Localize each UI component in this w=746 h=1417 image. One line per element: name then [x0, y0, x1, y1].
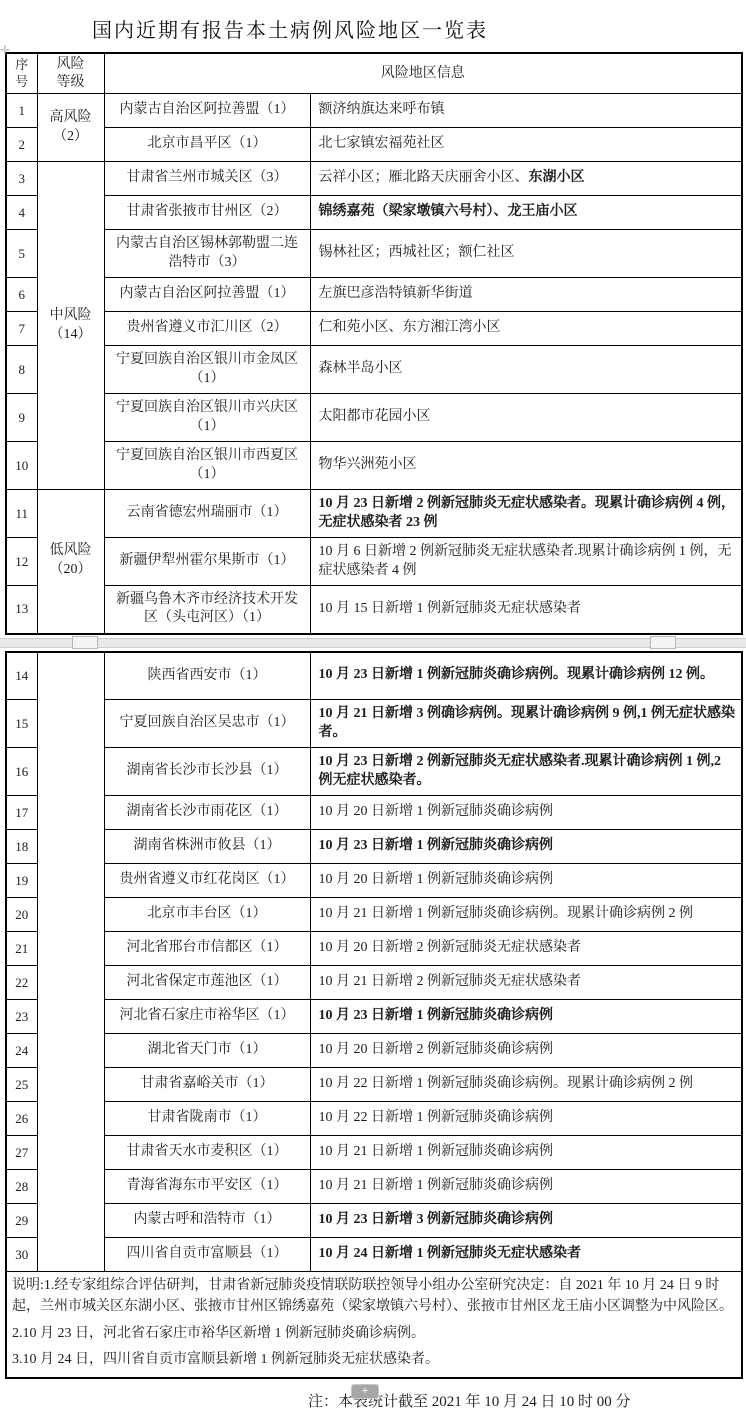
- area-name-cell: 甘肃省天水市麦积区（1）: [104, 1136, 310, 1170]
- area-name-cell: 宁夏回族自治区吴忠市（1）: [104, 700, 310, 748]
- area-info-cell: 10 月 23 日新增 1 例新冠肺炎确诊病例: [310, 1000, 742, 1034]
- area-info-cell: 10 月 21 日新增 1 例新冠肺炎确诊病例。现累计确诊病例 2 例: [310, 898, 742, 932]
- area-info-cell: 物华兴洲苑小区: [310, 442, 742, 490]
- table-row: 13新疆乌鲁木齐市经济技术开发区（头屯河区）（1）10 月 15 日新增 1 例…: [6, 586, 742, 634]
- note-line: 3.10 月 24 日，四川省自贡市富顺县新增 1 例新冠肺炎无症状感染者。: [12, 1349, 736, 1370]
- col-header-info: 风险地区信息: [104, 53, 742, 94]
- table-row: 15宁夏回族自治区吴忠市（1）10 月 21 日新增 3 例确诊病例。现累计确诊…: [6, 700, 742, 748]
- area-info-cell: 10 月 22 日新增 1 例新冠肺炎确诊病例。现累计确诊病例 2 例: [310, 1068, 742, 1102]
- risk-level-cell: 低风险（20）: [37, 490, 104, 634]
- row-number-cell: 24: [6, 1034, 37, 1068]
- area-info-cell: 锡林社区；西城社区；额仁社区: [310, 230, 742, 278]
- col-header-level-bottom: 等级: [43, 74, 99, 92]
- area-name-cell: 贵州省遵义市红花岗区（1）: [104, 864, 310, 898]
- table-row: 28青海省海东市平安区（1）10 月 21 日新增 1 例新冠肺炎确诊病例: [6, 1170, 742, 1204]
- area-info-cell: 10 月 24 日新增 1 例新冠肺炎无症状感染者: [310, 1238, 742, 1272]
- area-name-cell: 湖南省株洲市攸县（1）: [104, 830, 310, 864]
- area-name-cell: 陕西省西安市（1）: [104, 652, 310, 700]
- risk-table-part1: 序 号 风险 等级 风险地区信息 1高风险（2）内蒙古自治区阿拉善盟（1）额济纳…: [5, 52, 743, 635]
- page-break-tab-left: [72, 636, 98, 649]
- table-row: 1高风险（2）内蒙古自治区阿拉善盟（1）额济纳旗达来呼布镇: [6, 94, 742, 128]
- area-info-cell: 10 月 20 日新增 1 例新冠肺炎确诊病例: [310, 864, 742, 898]
- page-break-band: [0, 638, 746, 648]
- table-row: 11低风险（20）云南省德宏州瑞丽市（1）10 月 23 日新增 2 例新冠肺炎…: [6, 490, 742, 538]
- table-row: 23河北省石家庄市裕华区（1）10 月 23 日新增 1 例新冠肺炎确诊病例: [6, 1000, 742, 1034]
- row-number-cell: 14: [6, 652, 37, 700]
- table-row: 5内蒙古自治区锡林郭勒盟二连浩特市（3）锡林社区；西城社区；额仁社区: [6, 230, 742, 278]
- row-number-cell: 27: [6, 1136, 37, 1170]
- area-info-cell: 10 月 20 日新增 2 例新冠肺炎确诊病例: [310, 1034, 742, 1068]
- row-number-cell: 15: [6, 700, 37, 748]
- area-info-cell: 云祥小区；雁北路天庆丽舍小区、东湖小区: [310, 162, 742, 196]
- table-row: 27甘肃省天水市麦积区（1）10 月 21 日新增 1 例新冠肺炎确诊病例: [6, 1136, 742, 1170]
- row-number-cell: 3: [6, 162, 37, 196]
- row-number-cell: 8: [6, 346, 37, 394]
- area-name-cell: 青海省海东市平安区（1）: [104, 1170, 310, 1204]
- table-row: 18湖南省株洲市攸县（1）10 月 23 日新增 1 例新冠肺炎确诊病例: [6, 830, 742, 864]
- col-header-index-top: 序: [12, 57, 32, 73]
- table-row: 8宁夏回族自治区银川市金凤区（1）森林半岛小区: [6, 346, 742, 394]
- area-info-cell: 10 月 23 日新增 1 例新冠肺炎确诊病例: [310, 830, 742, 864]
- table-row: 4甘肃省张掖市甘州区（2）锦绣嘉苑（梁家墩镇六号村）、龙王庙小区: [6, 196, 742, 230]
- row-number-cell: 13: [6, 586, 37, 634]
- table-row: 6内蒙古自治区阿拉善盟（1）左旗巴彦浩特镇新华街道: [6, 278, 742, 312]
- area-info-cell: 森林半岛小区: [310, 346, 742, 394]
- row-number-cell: 11: [6, 490, 37, 538]
- risk-level-cell: [37, 652, 104, 1272]
- table-row: 30四川省自贡市富顺县（1）10 月 24 日新增 1 例新冠肺炎无症状感染者: [6, 1238, 742, 1272]
- area-name-cell: 甘肃省张掖市甘州区（2）: [104, 196, 310, 230]
- bottom-note: 注：本表统计截至 2021 年 10 月 24 日 10 时 00 分 +: [308, 1390, 746, 1411]
- table-row: 7贵州省遵义市汇川区（2）仁和苑小区、东方湘江湾小区: [6, 312, 742, 346]
- row-number-cell: 17: [6, 796, 37, 830]
- area-info-cell: 额济纳旗达来呼布镇: [310, 94, 742, 128]
- area-info-cell: 左旗巴彦浩特镇新华街道: [310, 278, 742, 312]
- document-page: { "page": { "title": "国内近期有报告本土病例风险地区一览表…: [0, 0, 746, 1417]
- row-number-cell: 28: [6, 1170, 37, 1204]
- row-number-cell: 5: [6, 230, 37, 278]
- table-row: 14陕西省西安市（1）10 月 23 日新增 1 例新冠肺炎确诊病例。现累计确诊…: [6, 652, 742, 700]
- area-name-cell: 宁夏回族自治区银川市西夏区（1）: [104, 442, 310, 490]
- row-number-cell: 26: [6, 1102, 37, 1136]
- area-name-cell: 甘肃省兰州市城关区（3）: [104, 162, 310, 196]
- table-row: 26甘肃省陇南市（1）10 月 22 日新增 1 例新冠肺炎确诊病例: [6, 1102, 742, 1136]
- table-row: 25甘肃省嘉峪关市（1）10 月 22 日新增 1 例新冠肺炎确诊病例。现累计确…: [6, 1068, 742, 1102]
- area-info-cell: 10 月 23 日新增 1 例新冠肺炎确诊病例。现累计确诊病例 12 例。: [310, 652, 742, 700]
- area-info-cell: 10 月 6 日新增 2 例新冠肺炎无症状感染者.现累计确诊病例 1 例，无症状…: [310, 538, 742, 586]
- col-header-index-bottom: 号: [12, 74, 32, 90]
- table-row: 3中风险（14）甘肃省兰州市城关区（3）云祥小区；雁北路天庆丽舍小区、东湖小区: [6, 162, 742, 196]
- plus-handle-icon[interactable]: +: [352, 1385, 378, 1398]
- col-header-index: 序 号: [6, 53, 37, 94]
- notes-row: 说明:1.经专家组综合评估研判，甘肃省新冠肺炎疫情联防联控领导小组办公室研究决定…: [6, 1272, 742, 1379]
- row-number-cell: 30: [6, 1238, 37, 1272]
- row-number-cell: 16: [6, 748, 37, 796]
- row-number-cell: 23: [6, 1000, 37, 1034]
- table-row: 19贵州省遵义市红花岗区（1）10 月 20 日新增 1 例新冠肺炎确诊病例: [6, 864, 742, 898]
- table-row: 9宁夏回族自治区银川市兴庆区（1）太阳都市花园小区: [6, 394, 742, 442]
- area-info-cell: 10 月 20 日新增 2 例新冠肺炎无症状感染者: [310, 932, 742, 966]
- area-name-cell: 宁夏回族自治区银川市兴庆区（1）: [104, 394, 310, 442]
- area-info-cell: 10 月 21 日新增 1 例新冠肺炎确诊病例: [310, 1170, 742, 1204]
- page-break-tab-right: [650, 636, 676, 649]
- area-info-cell: 10 月 21 日新增 2 例新冠肺炎无症状感染者: [310, 966, 742, 1000]
- table-row: 24湖北省天门市（1）10 月 20 日新增 2 例新冠肺炎确诊病例: [6, 1034, 742, 1068]
- area-name-cell: 宁夏回族自治区银川市金凤区（1）: [104, 346, 310, 394]
- row-number-cell: 18: [6, 830, 37, 864]
- area-name-cell: 甘肃省嘉峪关市（1）: [104, 1068, 310, 1102]
- table-row: 21河北省邢台市信都区（1）10 月 20 日新增 2 例新冠肺炎无症状感染者: [6, 932, 742, 966]
- area-name-cell: 湖南省长沙市长沙县（1）: [104, 748, 310, 796]
- area-name-cell: 北京市昌平区（1）: [104, 128, 310, 162]
- table-row: 16湖南省长沙市长沙县（1）10 月 23 日新增 2 例新冠肺炎无症状感染者.…: [6, 748, 742, 796]
- row-number-cell: 22: [6, 966, 37, 1000]
- area-info-cell: 锦绣嘉苑（梁家墩镇六号村）、龙王庙小区: [310, 196, 742, 230]
- area-info-cell: 10 月 23 日新增 2 例新冠肺炎无症状感染者。现累计确诊病例 4 例，无症…: [310, 490, 742, 538]
- area-name-cell: 甘肃省陇南市（1）: [104, 1102, 310, 1136]
- area-name-cell: 北京市丰台区（1）: [104, 898, 310, 932]
- table-row: 2北京市昌平区（1）北七家镇宏福苑社区: [6, 128, 742, 162]
- table-row: 12新疆伊犁州霍尔果斯市（1）10 月 6 日新增 2 例新冠肺炎无症状感染者.…: [6, 538, 742, 586]
- row-number-cell: 12: [6, 538, 37, 586]
- table-row: 17湖南省长沙市雨花区（1）10 月 20 日新增 1 例新冠肺炎确诊病例: [6, 796, 742, 830]
- area-name-cell: 新疆乌鲁木齐市经济技术开发区（头屯河区）（1）: [104, 586, 310, 634]
- table-anchor-icon: ✛: [0, 44, 10, 56]
- row-number-cell: 21: [6, 932, 37, 966]
- row-number-cell: 25: [6, 1068, 37, 1102]
- area-name-cell: 云南省德宏州瑞丽市（1）: [104, 490, 310, 538]
- table-header-row: 序 号 风险 等级 风险地区信息: [6, 53, 742, 94]
- area-name-cell: 内蒙古自治区阿拉善盟（1）: [104, 94, 310, 128]
- area-name-cell: 河北省石家庄市裕华区（1）: [104, 1000, 310, 1034]
- col-header-level-top: 风险: [43, 56, 99, 74]
- area-info-cell: 仁和苑小区、东方湘江湾小区: [310, 312, 742, 346]
- area-info-cell: 10 月 22 日新增 1 例新冠肺炎确诊病例: [310, 1102, 742, 1136]
- area-name-cell: 湖北省天门市（1）: [104, 1034, 310, 1068]
- row-number-cell: 19: [6, 864, 37, 898]
- area-name-cell: 内蒙古呼和浩特市（1）: [104, 1204, 310, 1238]
- row-number-cell: 1: [6, 94, 37, 128]
- note-line: 说明:1.经专家组综合评估研判，甘肃省新冠肺炎疫情联防联控领导小组办公室研究决定…: [12, 1275, 736, 1318]
- area-info-cell: 10 月 21 日新增 3 例确诊病例。现累计确诊病例 9 例,1 例无症状感染…: [310, 700, 742, 748]
- area-info-cell: 10 月 20 日新增 1 例新冠肺炎确诊病例: [310, 796, 742, 830]
- area-info-cell: 北七家镇宏福苑社区: [310, 128, 742, 162]
- table-row: 10宁夏回族自治区银川市西夏区（1）物华兴洲苑小区: [6, 442, 742, 490]
- area-name-cell: 内蒙古自治区锡林郭勒盟二连浩特市（3）: [104, 230, 310, 278]
- area-name-cell: 内蒙古自治区阿拉善盟（1）: [104, 278, 310, 312]
- row-number-cell: 6: [6, 278, 37, 312]
- row-number-cell: 20: [6, 898, 37, 932]
- table-row: 20北京市丰台区（1）10 月 21 日新增 1 例新冠肺炎确诊病例。现累计确诊…: [6, 898, 742, 932]
- notes-section: 说明:1.经专家组综合评估研判，甘肃省新冠肺炎疫情联防联控领导小组办公室研究决定…: [6, 1272, 742, 1379]
- area-info-cell: 10 月 23 日新增 3 例新冠肺炎确诊病例: [310, 1204, 742, 1238]
- row-number-cell: 7: [6, 312, 37, 346]
- row-number-cell: 10: [6, 442, 37, 490]
- area-info-cell: 10 月 15 日新增 1 例新冠肺炎无症状感染者: [310, 586, 742, 634]
- area-name-cell: 湖南省长沙市雨花区（1）: [104, 796, 310, 830]
- row-number-cell: 2: [6, 128, 37, 162]
- risk-level-cell: 中风险（14）: [37, 162, 104, 490]
- risk-level-cell: 高风险（2）: [37, 94, 104, 162]
- area-name-cell: 河北省邢台市信都区（1）: [104, 932, 310, 966]
- area-name-cell: 河北省保定市莲池区（1）: [104, 966, 310, 1000]
- area-name-cell: 新疆伊犁州霍尔果斯市（1）: [104, 538, 310, 586]
- area-info-cell: 10 月 23 日新增 2 例新冠肺炎无症状感染者.现累计确诊病例 1 例,2 …: [310, 748, 742, 796]
- area-name-cell: 贵州省遵义市汇川区（2）: [104, 312, 310, 346]
- row-number-cell: 29: [6, 1204, 37, 1238]
- risk-table-part2: 14陕西省西安市（1）10 月 23 日新增 1 例新冠肺炎确诊病例。现累计确诊…: [5, 651, 743, 1380]
- area-info-cell: 10 月 21 日新增 1 例新冠肺炎确诊病例: [310, 1136, 742, 1170]
- row-number-cell: 4: [6, 196, 37, 230]
- col-header-level: 风险 等级: [37, 53, 104, 94]
- row-number-cell: 9: [6, 394, 37, 442]
- page-title: 国内近期有报告本土病例风险地区一览表: [92, 14, 746, 43]
- area-info-cell: 太阳都市花园小区: [310, 394, 742, 442]
- table-row: 22河北省保定市莲池区（1）10 月 21 日新增 2 例新冠肺炎无症状感染者: [6, 966, 742, 1000]
- area-name-cell: 四川省自贡市富顺县（1）: [104, 1238, 310, 1272]
- note-line: 2.10 月 23 日，河北省石家庄市裕华区新增 1 例新冠肺炎确诊病例。: [12, 1323, 736, 1344]
- table-row: 29内蒙古呼和浩特市（1）10 月 23 日新增 3 例新冠肺炎确诊病例: [6, 1204, 742, 1238]
